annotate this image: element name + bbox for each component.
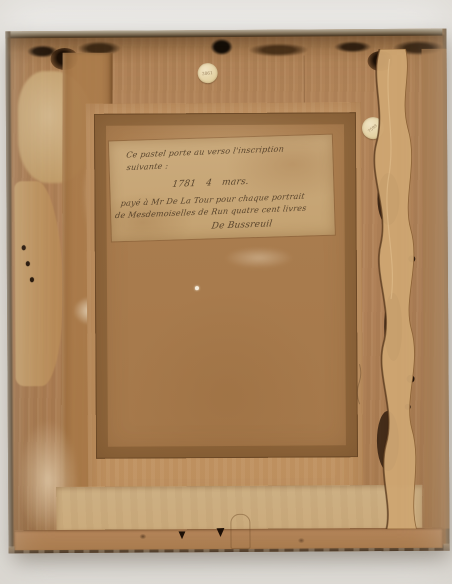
inventory-number-top: 3861 [202,70,213,76]
bottom-frame-rail [14,528,442,551]
inventory-sticker-top: 3861 [198,63,218,83]
pencil-outline-mark [230,514,250,549]
white-speck [195,286,199,290]
photo-frame-verso: Ce pastel porte au verso l'inscription s… [0,0,452,584]
inscription-line-3: 1781 4 mars. [172,178,250,190]
torn-paper-right-ribbon [336,49,450,530]
frame-back: Ce pastel porte au verso l'inscription s… [5,29,449,554]
nail-hole [26,261,30,266]
inscription-line-2: suivante : [126,162,169,172]
nail-hole [22,245,26,250]
torn-paper-flap-left [14,181,63,386]
inscription-line-1: Ce pastel porte au verso l'inscription [126,145,285,159]
white-smudge-panel [217,245,301,272]
nail-hole [30,277,34,282]
inscription-signature: De Bussreuil [211,220,273,231]
inscription-label: Ce pastel porte au verso l'inscription s… [109,135,335,242]
